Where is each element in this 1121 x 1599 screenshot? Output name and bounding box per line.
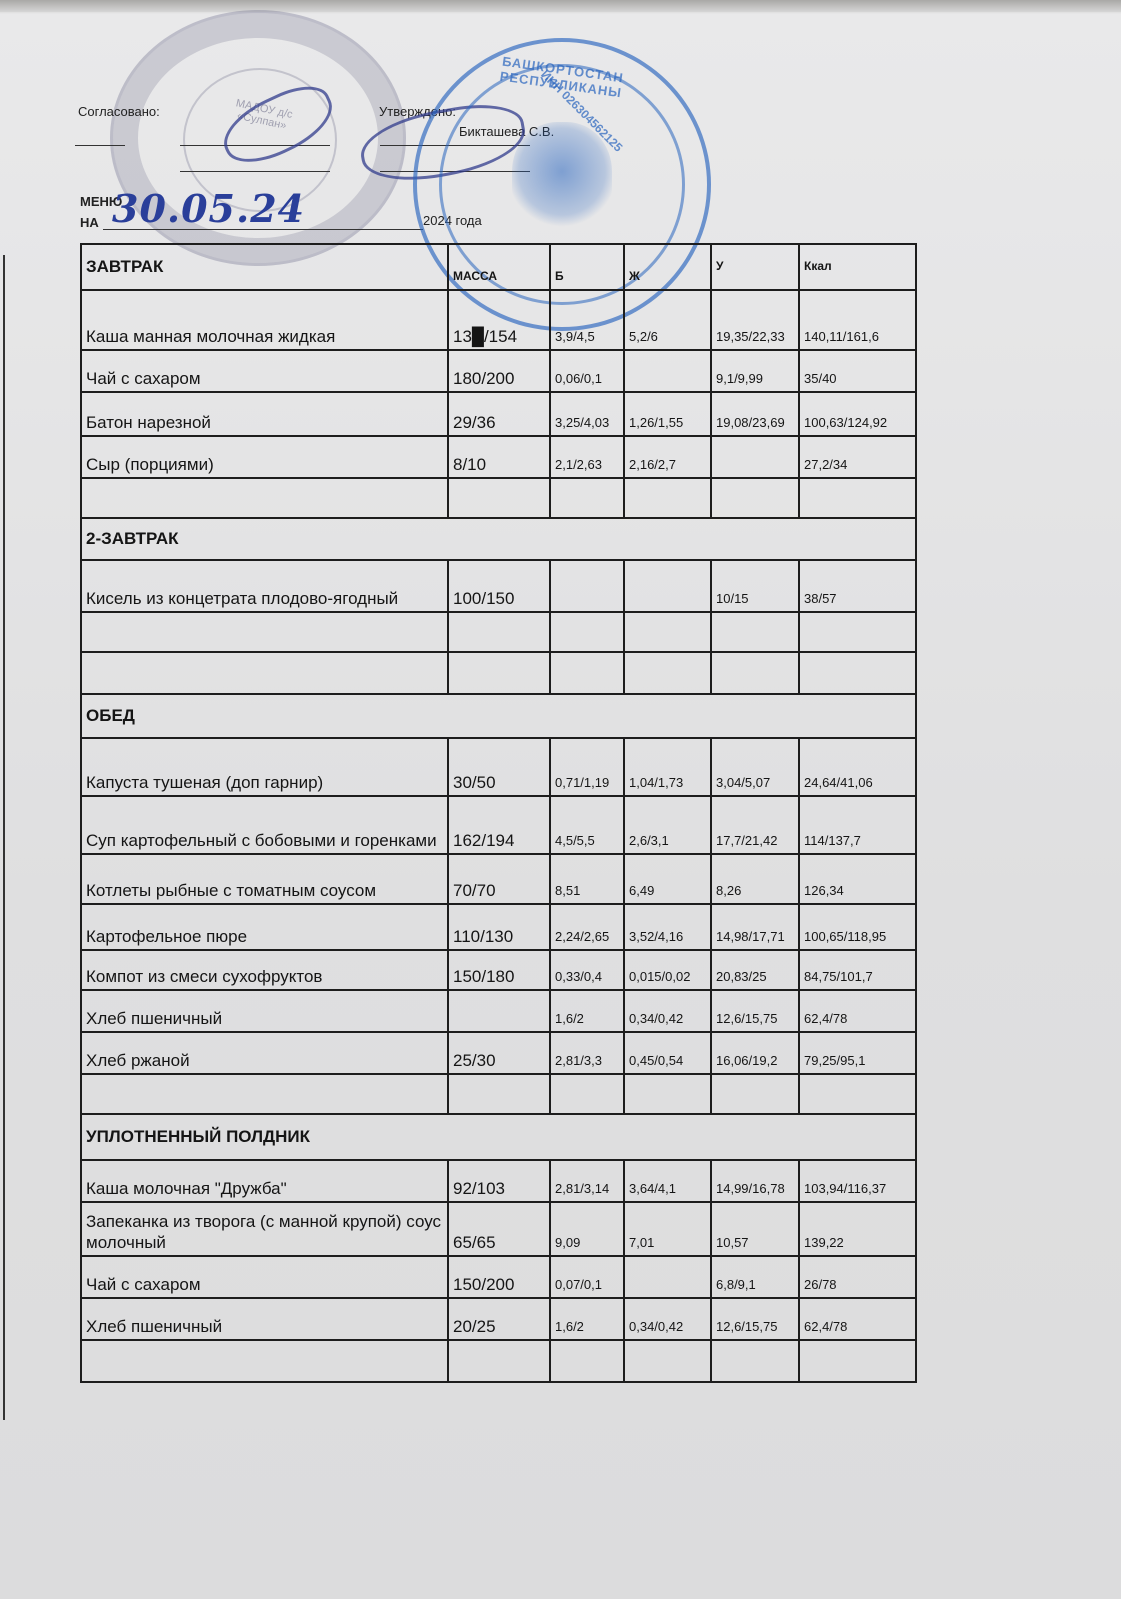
dish-name: Сыр (порциями) [81,436,448,478]
cell-b [550,612,624,652]
cell-z: 7,01 [624,1202,711,1256]
cell-kcal: 139,22 [799,1202,916,1256]
cell-z: 6,49 [624,854,711,904]
dish-name: Картофельное пюре [81,904,448,950]
dish-name: Каша манная молочная жидкая [81,290,448,350]
cell-z: 0,34/0,42 [624,1298,711,1340]
dish-name: Каша молочная "Дружба" [81,1160,448,1202]
approver-name: Бикташева С.В. [459,124,554,139]
section-title: ОБЕД [81,694,916,738]
cell-u: 3,04/5,07 [711,738,799,796]
cell-b [550,1340,624,1382]
dish-name: Чай с сахаром [81,350,448,392]
dish-name: Компот из смеси сухофруктов [81,950,448,990]
cell-kcal: 62,4/78 [799,1298,916,1340]
cell-b: 3,25/4,03 [550,392,624,436]
cell-u [711,478,799,518]
column-header: У [711,244,799,290]
dish-row: Кисель из концетрата плодово-ягодный100/… [81,560,916,612]
cell-mass: 180/200 [448,350,550,392]
dish-row: Компот из смеси сухофруктов150/1800,33/0… [81,950,916,990]
cell-mass: 13█/154 [448,290,550,350]
cell-b: 0,33/0,4 [550,950,624,990]
handwritten-date: 30.05.24 [112,186,305,231]
cell-kcal: 140,11/161,6 [799,290,916,350]
column-header: Ж [624,244,711,290]
cell-u: 14,99/16,78 [711,1160,799,1202]
section-title: УПЛОТНЕННЫЙ ПОЛДНИК [81,1114,916,1160]
cell-u: 10/15 [711,560,799,612]
cell-u [711,1074,799,1114]
cell-kcal: 126,34 [799,854,916,904]
dish-name: Суп картофельный с бобовыми и горенками [81,796,448,854]
menu-table: ЗАВТРАКМАССАБЖУКкалКаша манная молочная … [80,243,917,1383]
agreed-line-3 [180,171,330,172]
cell-kcal [799,1074,916,1114]
cell-u: 14,98/17,71 [711,904,799,950]
dish-name [81,1340,448,1382]
dish-name: Котлеты рыбные с томатным соусом [81,854,448,904]
cell-z [624,652,711,694]
dish-row [81,612,916,652]
dish-row [81,1340,916,1382]
dish-row: Котлеты рыбные с томатным соусом70/708,5… [81,854,916,904]
dish-row: Чай с сахаром150/2000,07/0,16,8/9,126/78 [81,1256,916,1298]
cell-kcal: 100,65/118,95 [799,904,916,950]
dish-name: Батон нарезной [81,392,448,436]
cell-z [624,478,711,518]
cell-z [624,560,711,612]
cell-z [624,1340,711,1382]
cell-u [711,652,799,694]
cell-z: 0,45/0,54 [624,1032,711,1074]
cell-kcal: 24,64/41,06 [799,738,916,796]
cell-kcal: 38/57 [799,560,916,612]
cell-b: 0,07/0,1 [550,1256,624,1298]
cell-b: 0,71/1,19 [550,738,624,796]
dish-name: Хлеб ржаной [81,1032,448,1074]
dish-row: Хлеб пшеничный1,6/20,34/0,4212,6/15,7562… [81,990,916,1032]
cell-kcal: 27,2/34 [799,436,916,478]
cell-mass [448,612,550,652]
dish-name [81,478,448,518]
cell-kcal [799,1340,916,1382]
cell-u: 12,6/15,75 [711,990,799,1032]
cell-kcal: 84,75/101,7 [799,950,916,990]
dish-row [81,478,916,518]
cell-b: 2,1/2,63 [550,436,624,478]
cell-z: 0,015/0,02 [624,950,711,990]
cell-mass: 65/65 [448,1202,550,1256]
cell-b [550,652,624,694]
cell-kcal: 114/137,7 [799,796,916,854]
dish-row: Каша манная молочная жидкая13█/1543,9/4,… [81,290,916,350]
cell-u: 10,57 [711,1202,799,1256]
dish-row: Хлеб ржаной25/302,81/3,30,45/0,5416,06/1… [81,1032,916,1074]
cell-z [624,612,711,652]
section-header-row: 2-ЗАВТРАК [81,518,916,560]
cell-mass: 70/70 [448,854,550,904]
agreed-line-2 [180,145,330,146]
cell-z: 0,34/0,42 [624,990,711,1032]
cell-z: 3,64/4,1 [624,1160,711,1202]
cell-b [550,560,624,612]
dish-row: Сыр (порциями)8/102,1/2,632,16/2,727,2/3… [81,436,916,478]
cell-b: 3,9/4,5 [550,290,624,350]
approved-label: Утверждено: [379,104,456,119]
cell-kcal [799,652,916,694]
column-header: МАССА [448,244,550,290]
cell-mass: 150/180 [448,950,550,990]
cell-kcal [799,478,916,518]
cell-z [624,1256,711,1298]
agreed-label: Согласовано: [78,104,160,119]
cell-kcal: 79,25/95,1 [799,1032,916,1074]
cell-b: 0,06/0,1 [550,350,624,392]
cell-b [550,478,624,518]
dish-name [81,612,448,652]
cell-b: 8,51 [550,854,624,904]
section-title: ЗАВТРАК [81,244,448,290]
cell-mass: 92/103 [448,1160,550,1202]
cell-u: 8,26 [711,854,799,904]
cell-u: 20,83/25 [711,950,799,990]
cell-mass: 110/130 [448,904,550,950]
dish-row: Каша молочная "Дружба"92/1032,81/3,143,6… [81,1160,916,1202]
dish-name: Запеканка из творога (с манной крупой) с… [81,1202,448,1256]
cell-u: 9,1/9,99 [711,350,799,392]
cell-u [711,1340,799,1382]
approved-line-2 [380,171,530,172]
on-label: НА [80,215,99,230]
cell-z: 2,6/3,1 [624,796,711,854]
cell-mass: 25/30 [448,1032,550,1074]
cell-mass [448,1074,550,1114]
cell-u: 16,06/19,2 [711,1032,799,1074]
dish-row: Суп картофельный с бобовыми и горенками1… [81,796,916,854]
dish-name: Хлеб пшеничный [81,1298,448,1340]
paper-top-edge [0,0,1121,12]
cell-z: 2,16/2,7 [624,436,711,478]
cell-mass: 20/25 [448,1298,550,1340]
cell-b: 2,81/3,14 [550,1160,624,1202]
dish-row: Капуста тушеная (доп гарнир)30/500,71/1,… [81,738,916,796]
cell-kcal: 62,4/78 [799,990,916,1032]
stamp-text: БАШКОРТОСТАН РЕСПУБЛИКАНЫ [446,46,678,108]
cell-b [550,1074,624,1114]
cell-kcal: 100,63/124,92 [799,392,916,436]
year-label: 2024 года [423,213,482,228]
cell-kcal: 35/40 [799,350,916,392]
cell-u: 6,8/9,1 [711,1256,799,1298]
cell-z: 1,26/1,55 [624,392,711,436]
cell-mass: 162/194 [448,796,550,854]
column-header: Б [550,244,624,290]
dish-row: Хлеб пшеничный20/251,6/20,34/0,4212,6/15… [81,1298,916,1340]
agreed-line-1 [75,145,125,146]
cell-mass: 100/150 [448,560,550,612]
dish-row: Запеканка из творога (с манной крупой) с… [81,1202,916,1256]
cell-mass: 150/200 [448,1256,550,1298]
cell-kcal: 103,94/116,37 [799,1160,916,1202]
cell-z: 5,2/6 [624,290,711,350]
cell-b: 4,5/5,5 [550,796,624,854]
dish-row [81,652,916,694]
cell-u: 19,08/23,69 [711,392,799,436]
cell-kcal: 26/78 [799,1256,916,1298]
stamp-text: МАДОУ д/с «Сулпан» [207,92,320,138]
cell-b: 2,81/3,3 [550,1032,624,1074]
column-header: Ккал [799,244,916,290]
left-margin-line [3,255,5,1420]
dish-row: Картофельное пюре110/1302,24/2,653,52/4,… [81,904,916,950]
section-title: 2-ЗАВТРАК [81,518,916,560]
dish-row: Чай с сахаром180/2000,06/0,19,1/9,9935/4… [81,350,916,392]
cell-z [624,1074,711,1114]
cell-z: 3,52/4,16 [624,904,711,950]
cell-z [624,350,711,392]
cell-mass [448,990,550,1032]
dish-name: Кисель из концетрата плодово-ягодный [81,560,448,612]
cell-mass: 8/10 [448,436,550,478]
cell-kcal [799,612,916,652]
cell-u [711,436,799,478]
dish-name [81,1074,448,1114]
cell-b: 2,24/2,65 [550,904,624,950]
dish-name: Хлеб пшеничный [81,990,448,1032]
stamp-inn: ИНН 026304562125 [538,67,625,154]
dish-name: Чай с сахаром [81,1256,448,1298]
cell-u: 12,6/15,75 [711,1298,799,1340]
dish-row: Батон нарезной29/363,25/4,031,26/1,5519,… [81,392,916,436]
signature-agreed [214,75,343,175]
cell-mass [448,652,550,694]
cell-b: 9,09 [550,1202,624,1256]
section-header-row: УПЛОТНЕННЫЙ ПОЛДНИК [81,1114,916,1160]
cell-mass: 30/50 [448,738,550,796]
cell-u: 17,7/21,42 [711,796,799,854]
cell-mass [448,478,550,518]
dish-row [81,1074,916,1114]
cell-z: 1,04/1,73 [624,738,711,796]
cell-mass: 29/36 [448,392,550,436]
cell-mass [448,1340,550,1382]
section-header-row: ОБЕД [81,694,916,738]
approved-line-1 [380,145,530,146]
dish-name: Капуста тушеная (доп гарнир) [81,738,448,796]
cell-u: 19,35/22,33 [711,290,799,350]
cell-u [711,612,799,652]
cell-b: 1,6/2 [550,1298,624,1340]
section-header-row: ЗАВТРАКМАССАБЖУКкал [81,244,916,290]
cell-b: 1,6/2 [550,990,624,1032]
dish-name [81,652,448,694]
